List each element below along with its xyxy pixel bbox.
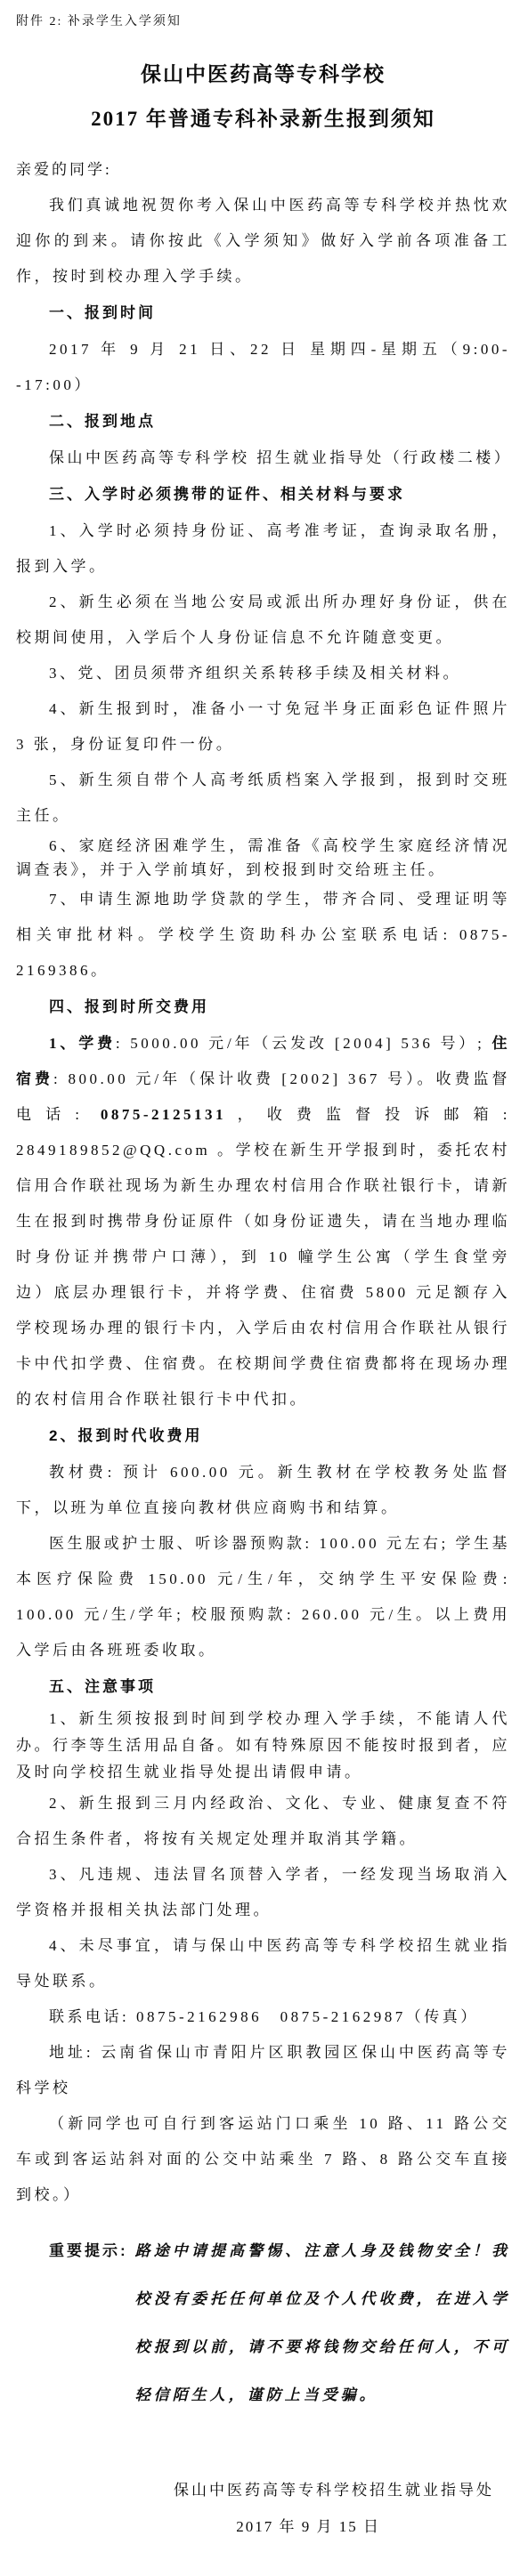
section-4-heading: 四、报到时所交费用 [49, 989, 510, 1026]
intro-paragraph: 我们真诚地祝贺你考入保山中医药高等专科学校并热忱欢迎你的到来。请你按此《入学须知… [16, 188, 510, 295]
section-3-item: 7、申请生源地助学贷款的学生，带齐合同、受理证明等相关审批材料。学校学生资助科办… [16, 882, 510, 989]
section-1-content: 2017 年 9 月 21 日、22 日 星期四-星期五（9:00--17:00… [16, 332, 510, 403]
section-3-item: 5、新生须自带个人高考纸质档案入学报到，报到时交班主任。 [16, 763, 510, 834]
section-5-item: 4、未尽事宜，请与保山中医药高等专科学校招生就业指导处联系。 [16, 1928, 510, 1999]
section-5-item: 1、新生须按报到时间到学校办理入学手续，不能请人代办。行李等生活用品自备。如有特… [16, 1706, 510, 1786]
attachment-label: 附件 2: 补录学生入学须知 [16, 12, 510, 31]
section-5-item: 2、新生报到三月内经政治、文化、专业、健康复查不符合招生条件者，将按有关规定处理… [16, 1786, 510, 1857]
section-5-item: 3、凡违规、违法冒名顶替入学者，一经发现当场取消入学资格并报相关执法部门处理。 [16, 1857, 510, 1928]
salutation: 亲爱的同学: [16, 152, 510, 188]
section-2-content: 保山中医药高等专科学校 招生就业指导处（行政楼二楼） [16, 440, 510, 476]
section-3-heading: 三、入学时必须携带的证件、相关材料与要求 [49, 476, 510, 513]
tuition-fee-text: : 5000.00 元/年（云发改 [2004] 536 号）; [116, 1035, 492, 1052]
section-2-heading: 二、报到地点 [49, 403, 510, 440]
section-3-item: 2、新生必须在当地公安局或派出所办理好身份证，供在校期间使用，入学后个人身份证信… [16, 585, 510, 656]
notice-document: 附件 2: 补录学生入学须知 保山中医药高等专科学校 2017 年普通专科补录新… [0, 0, 528, 2576]
section-5-heading: 五、注意事项 [49, 1668, 510, 1706]
section-4-fees-paragraph: 1、学费: 5000.00 元/年（云发改 [2004] 536 号）; 住宿费… [16, 1026, 510, 1417]
important-note: 重要提示: 路途中请提高警惕、注意人身及钱物安全！我校没有委托任何单位及个人代收… [49, 2227, 510, 2419]
misc-fee-paragraph: 医生服或护士服、听诊器预购款: 100.00 元左右; 学生基本医疗保险费 15… [16, 1526, 510, 1668]
tuition-fee-label: 1、学费 [49, 1035, 116, 1052]
contact-phone-line: 联系电话: 0875-2162986 0875-2162987（传真） [16, 1999, 510, 2035]
section-3-item: 4、新生报到时，准备小一寸免冠半身正面彩色证件照片 3 张，身份证复印件一份。 [16, 691, 510, 763]
signature-date: 2017 年 9 月 15 日 [16, 2508, 510, 2546]
important-note-label: 重要提示: [49, 2227, 128, 2275]
fees-paragraph-text: ，收费监督投诉邮箱: 2849189852@QQ.com 。学校在新生开学报到时… [16, 1106, 510, 1408]
section-1-heading: 一、报到时间 [49, 295, 510, 332]
section-3-item: 6、家庭经济困难学生，需准备《高校学生家庭经济情况调查表》，并于入学前填好，到校… [16, 834, 510, 882]
important-note-text: 路途中请提高警惕、注意人身及钱物安全！我校没有委托任何单位及个人代收费，在进入学… [128, 2227, 510, 2419]
supervision-phone: 0875-2125131 [101, 1106, 226, 1123]
section-3-item: 3、党、团员须带齐组织关系转移手续及相关材料。 [16, 656, 510, 691]
signature-department: 保山中医药高等专科学校招生就业指导处 [16, 2473, 510, 2508]
doc-title-line1: 保山中医药高等专科学校 [16, 52, 510, 97]
address-line: 地址: 云南省保山市青阳片区职教园区保山中医药高等专科学校 [16, 2035, 510, 2106]
bus-route-note: （新同学也可自行到客运站门口乘坐 10 路、11 路公交车或到客运站斜对面的公交… [16, 2106, 510, 2213]
section-4-subheading: 2、报到时代收费用 [16, 1417, 510, 1455]
doc-title-line2: 2017 年普通专科补录新生报到须知 [16, 97, 510, 141]
textbook-fee-paragraph: 教材费: 预计 600.00 元。新生教材在学校教务处监督下，以班为单位直接向教… [16, 1455, 510, 1526]
section-3-item: 1、入学时必须持身份证、高考准考证，查询录取名册，报到入学。 [16, 513, 510, 585]
